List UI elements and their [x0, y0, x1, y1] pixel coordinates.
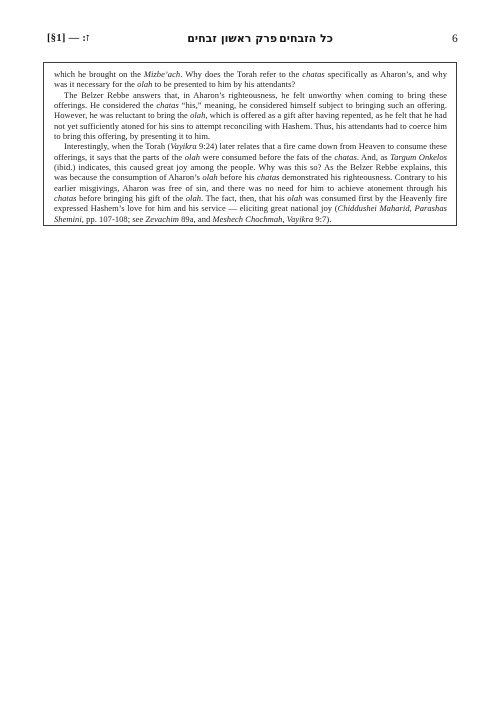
- commentary-paragraph: The Belzer Rebbe answers that, in Aharon…: [54, 90, 447, 142]
- daf-section-reference: [§1] — :ז: [47, 33, 89, 44]
- talmud-elucidation-page: [§1] — :ז זבחים פרק ראשון כל הזבחים 6 wh…: [0, 0, 500, 714]
- running-header: [§1] — :ז זבחים פרק ראשון כל הזבחים 6: [0, 0, 500, 50]
- perek-title: פרק ראשון: [221, 32, 277, 45]
- tractate-title: זבחים: [187, 32, 217, 45]
- commentary-paragraph-continuation: which he brought on the Mizbe’ach. Why d…: [54, 69, 447, 90]
- commentary-paragraph: Interestingly, when the Torah (Vayikra 9…: [54, 141, 447, 224]
- chapter-name-title: כל הזבחים: [279, 32, 333, 45]
- page-number: 6: [452, 33, 458, 45]
- commentary-note-box: which he brought on the Mizbe’ach. Why d…: [43, 62, 457, 226]
